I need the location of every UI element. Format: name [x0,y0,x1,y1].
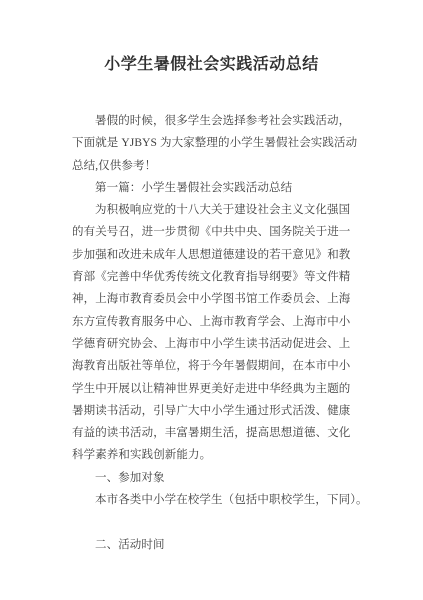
document-page: 小学生暑假社会实践活动总结 暑假的时候，很多学生会选择参考社会实践活动，下面就是… [0,0,423,600]
text-line: 神，上海市教育委员会中小学图书馆工作委员会、上海 [72,288,357,310]
text-line: 海教育出版社等单位，将于今年暑假期间，在本市中小 [72,355,357,377]
text-line: 东方宣传教育服务中心、上海市教育学会、上海市中小 [72,311,357,333]
text-line: 总结,仅供参考！ [72,155,357,177]
text-line: 二、活动时间 [72,534,357,556]
text-line: 一、参加对象 [72,467,357,489]
text-line: 第一篇：小学生暑假社会实践活动总结 [72,177,357,199]
text-line: 暑期读书活动，引导广大中小学生通过形式活泼、健康 [72,400,357,422]
text-line: 暑假的时候，很多学生会选择参考社会实践活动， [72,110,357,132]
text-line: 步加强和改进未成年人思想道德建设的若干意见》和教 [72,244,357,266]
text-line [72,511,357,533]
document-body: 暑假的时候，很多学生会选择参考社会实践活动，下面就是 YJBYS 为大家整理的小… [72,110,357,556]
text-line: 的有关号召，进一步贯彻《中共中央、国务院关于进一 [72,221,357,243]
text-line: 学德育研究协会、上海市中小学生读书活动促进会、上 [72,333,357,355]
text-line: 本市各类中小学在校学生（包括中职校学生，下同）。 [72,489,357,511]
text-line: 学生中开展以让精神世界更美好走进中华经典为主题的 [72,378,357,400]
text-line: 为积极响应党的十八大关于建设社会主义文化强国 [72,199,357,221]
text-line: 下面就是 YJBYS 为大家整理的小学生暑假社会实践活动 [72,132,357,154]
text-line: 育部《完善中华优秀传统文化教育指导纲要》等文件精 [72,266,357,288]
document-title: 小学生暑假社会实践活动总结 [0,51,423,74]
text-line: 科学素养和实践创新能力。 [72,444,357,466]
text-line: 有益的读书活动，丰富暑期生活，提高思想道德、文化 [72,422,357,444]
